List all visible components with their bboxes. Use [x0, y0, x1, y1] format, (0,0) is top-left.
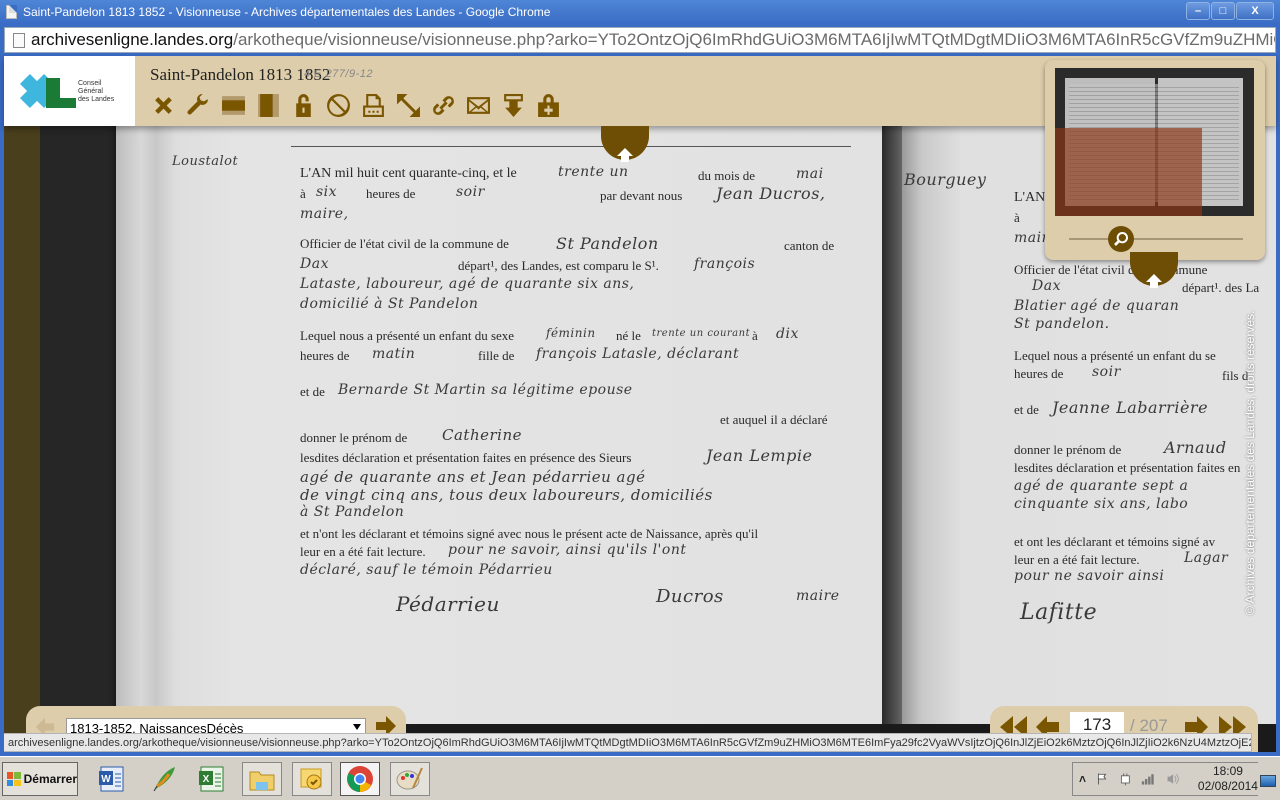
- record-handwriting: Jeanne Labarrière: [1052, 398, 1208, 417]
- logo-text: Conseil Général des Landes: [78, 80, 114, 104]
- minimap-viewport[interactable]: [1055, 128, 1202, 216]
- record-handwriting: St Pandelon: [556, 234, 659, 253]
- separator-rule: [291, 146, 851, 147]
- folder-icon: [247, 764, 277, 794]
- record-text: à: [1014, 210, 1020, 226]
- paint-palette-icon: [395, 764, 425, 794]
- record-handwriting: françois Latasle, déclarant: [536, 346, 739, 362]
- signature-suffix: maire: [796, 588, 840, 604]
- chevron-down-icon: [353, 724, 361, 730]
- record-handwriting: agé de quarante sept a: [1014, 478, 1188, 494]
- url-field[interactable]: archivesenligne.landes.org/arkotheque/vi…: [4, 27, 1276, 53]
- record-text: à: [300, 186, 306, 202]
- record-handwriting: à St Pandelon: [300, 504, 404, 520]
- register-page-left: Darets Lacy Ducros Loustalot L'AN mil hu…: [116, 86, 882, 726]
- record-handwriting: matin: [372, 346, 415, 362]
- record-handwriting: françois: [694, 256, 755, 272]
- power-plug-icon[interactable]: [1119, 771, 1132, 787]
- start-button[interactable]: Démarrer: [2, 762, 78, 796]
- record-text: L'AN mil huit cent quarante-cinq, et le: [300, 166, 517, 182]
- record-text: Officier de l'état civil de la commune: [1014, 262, 1207, 278]
- record-handwriting: dix: [776, 326, 799, 342]
- link-status-bar: archivesenligne.landes.org/arkotheque/vi…: [4, 733, 1252, 752]
- record-handwriting: domicilié à St Pandelon: [300, 296, 478, 312]
- record-handwriting: Lagar: [1184, 550, 1228, 566]
- excel-icon: X: [197, 764, 227, 794]
- record-handwriting: Blatier agé de quaran: [1014, 298, 1179, 314]
- record-text: à: [752, 328, 758, 344]
- wrench-icon: [186, 93, 211, 118]
- taskbar-chrome[interactable]: [340, 762, 380, 796]
- record-handwriting: Bernarde St Martin sa légitime epouse: [338, 382, 633, 398]
- record-handwriting: agé de quarante ans et Jean pédarrieu ag…: [300, 468, 645, 486]
- add-to-basket-button[interactable]: [535, 92, 562, 119]
- taskbar-quill-app[interactable]: [144, 762, 184, 796]
- system-tray: ˄ 18:09 02/08/2014: [1072, 762, 1258, 796]
- unlock-button[interactable]: [290, 92, 317, 119]
- windows-logo-icon: [7, 772, 21, 786]
- copyright-watermark: © Archives départementales des Landes, d…: [1243, 285, 1263, 615]
- record-text: heures de: [300, 348, 349, 364]
- svg-text:W: W: [101, 774, 111, 785]
- fullscreen-button[interactable]: [395, 92, 422, 119]
- print-button[interactable]: [360, 92, 387, 119]
- record-text: et de: [1014, 402, 1039, 418]
- record-handwriting: Dax: [1032, 278, 1061, 294]
- printer-icon: [361, 93, 386, 118]
- x-icon: [151, 93, 176, 118]
- signature: Ducros: [656, 586, 724, 607]
- url-path: /arkotheque/visionneuse/visionneuse.php?…: [233, 30, 1276, 50]
- network-signal-icon[interactable]: [1141, 772, 1155, 786]
- outlook-icon: [297, 764, 327, 794]
- record-text: Officier de l'état civil de la commune d…: [300, 236, 509, 252]
- window-frame: [1276, 56, 1280, 752]
- unlock-icon: [291, 93, 316, 118]
- record-handwriting: cinquante six ans, labo: [1014, 496, 1188, 512]
- permalink-button[interactable]: [430, 92, 457, 119]
- record-text: heures de: [1014, 366, 1063, 382]
- email-button[interactable]: [465, 92, 492, 119]
- show-desktop-button[interactable]: [1260, 775, 1276, 787]
- flag-icon[interactable]: [1096, 771, 1109, 787]
- signature: Lafitte: [1020, 600, 1097, 625]
- record-handwriting: de vingt cinq ans, tous deux laboureurs,…: [300, 486, 713, 504]
- record-text: heures de: [366, 186, 415, 202]
- navigator-minimap[interactable]: [1045, 60, 1265, 260]
- record-text: par devant nous: [600, 188, 682, 204]
- zoom-slider-track[interactable]: [1069, 238, 1243, 240]
- record-text: et de: [300, 384, 325, 400]
- record-handwriting: pour ne savoir, ainsi qu'ils l'ont: [448, 542, 686, 558]
- margin-name: Bourguey: [904, 170, 986, 189]
- record-text: leur en a été fait lecture.: [1014, 552, 1140, 568]
- window-controls: – □ X: [1186, 2, 1274, 20]
- record-handwriting: Lataste, laboureur, agé de quarante six …: [300, 276, 634, 292]
- locked-bag-plus-icon: [536, 93, 561, 118]
- taskbar-excel[interactable]: X: [192, 762, 232, 796]
- zoom-slider-handle[interactable]: [1108, 226, 1134, 252]
- taskbar-paint[interactable]: [390, 762, 430, 796]
- record-handwriting: Arnaud: [1164, 438, 1227, 457]
- record-handwriting: Dax: [300, 256, 329, 272]
- envelope-icon: [466, 93, 491, 118]
- record-text: départ¹, des Landes, est comparu le S¹.: [458, 258, 659, 274]
- minimize-button[interactable]: –: [1186, 2, 1210, 20]
- record-text: donner le prénom de: [300, 430, 407, 446]
- record-text: du mois de: [698, 168, 755, 184]
- record-handwriting: mai: [796, 166, 824, 182]
- arrow-up-icon: [1146, 274, 1162, 282]
- record-handwriting: six: [316, 184, 337, 200]
- record-handwriting: soir: [456, 184, 485, 200]
- quill-icon: [149, 764, 179, 794]
- record-handwriting: trente un: [558, 164, 629, 180]
- page-icon: [6, 5, 17, 19]
- close-window-button[interactable]: X: [1236, 2, 1274, 20]
- record-handwriting: Jean Lempie: [706, 446, 812, 465]
- volume-icon[interactable]: [1166, 771, 1180, 787]
- record-text: Lequel nous a présenté un enfant du sexe: [300, 328, 514, 344]
- window-title: Saint-Pandelon 1813 1852 - Visionneuse -…: [23, 5, 550, 19]
- record-text: lesdites déclaration et présentation fai…: [300, 450, 631, 466]
- record-handwriting: pour ne savoir ainsi: [1014, 568, 1164, 584]
- settings-button[interactable]: [185, 92, 212, 119]
- show-hidden-icons-button[interactable]: ˄: [1079, 772, 1086, 786]
- taskbar-outlook[interactable]: [292, 762, 332, 796]
- margin-name: Loustalot: [172, 154, 238, 169]
- link-icon: [431, 93, 456, 118]
- record-text: leur en a été fait lecture.: [300, 544, 426, 560]
- record-handwriting: trente un courant: [652, 328, 750, 339]
- prohibited-icon: [326, 93, 351, 118]
- taskbar: Démarrer W X ˄ 18:09 02/08/2014: [0, 756, 1280, 800]
- taskbar-explorer[interactable]: [242, 762, 282, 796]
- block-button[interactable]: [325, 92, 352, 119]
- record-text: et auquel il a déclaré: [720, 412, 828, 428]
- url-host: archivesenligne.landes.org: [31, 30, 233, 50]
- record-text: donner le prénom de: [1014, 442, 1121, 458]
- record-handwriting: soir: [1092, 364, 1121, 380]
- record-text: et n'ont les déclarant et témoins signé …: [300, 526, 758, 542]
- arrow-up-icon: [617, 148, 633, 156]
- clock[interactable]: 18:09 02/08/2014: [1198, 764, 1258, 794]
- record-text: canton de: [784, 238, 834, 254]
- address-bar: archivesenligne.landes.org/arkotheque/vi…: [0, 24, 1280, 56]
- resize-arrow-icon: [396, 93, 421, 118]
- maximize-button[interactable]: □: [1211, 2, 1235, 20]
- signature: Pédarrieu: [396, 592, 500, 616]
- taskbar-word[interactable]: W: [92, 762, 132, 796]
- register-cover: [40, 56, 120, 752]
- close-viewer-button[interactable]: [150, 92, 177, 119]
- fit-height-icon: [256, 93, 281, 118]
- word-icon: W: [97, 764, 127, 794]
- record-text: lesdites déclaration et présentation fai…: [1014, 460, 1240, 476]
- fit-height-button[interactable]: [255, 92, 282, 119]
- window-titlebar: Saint-Pandelon 1813 1852 - Visionneuse -…: [0, 0, 1280, 24]
- viewer-toolbar: [150, 92, 562, 119]
- record-handwriting: féminin: [546, 326, 596, 340]
- record-handwriting: Catherine: [442, 426, 522, 444]
- record-text: Lequel nous a présenté un enfant du se: [1014, 348, 1216, 364]
- record-text: né le: [616, 328, 641, 344]
- record-text: fille de: [478, 348, 514, 364]
- logo-mark: [46, 98, 76, 108]
- download-icon: [501, 93, 526, 118]
- document-cote: 4 E 277/9-12: [304, 68, 373, 80]
- record-handwriting: St pandelon.: [1014, 316, 1110, 332]
- logo: [4, 56, 135, 126]
- record-handwriting: maire,: [300, 206, 349, 222]
- magnifier-icon: [1113, 231, 1129, 247]
- page-icon: [13, 33, 25, 48]
- download-button[interactable]: [500, 92, 527, 119]
- record-text: et ont les déclarant et témoins signé av: [1014, 534, 1215, 550]
- fit-width-icon: [221, 93, 246, 118]
- record-handwriting: déclaré, sauf le témoin Pédarrieu: [300, 562, 553, 578]
- svg-text:X: X: [203, 774, 210, 785]
- record-handwriting: Jean Ducros,: [716, 184, 825, 203]
- fit-width-button[interactable]: [220, 92, 247, 119]
- chrome-icon: [345, 764, 375, 794]
